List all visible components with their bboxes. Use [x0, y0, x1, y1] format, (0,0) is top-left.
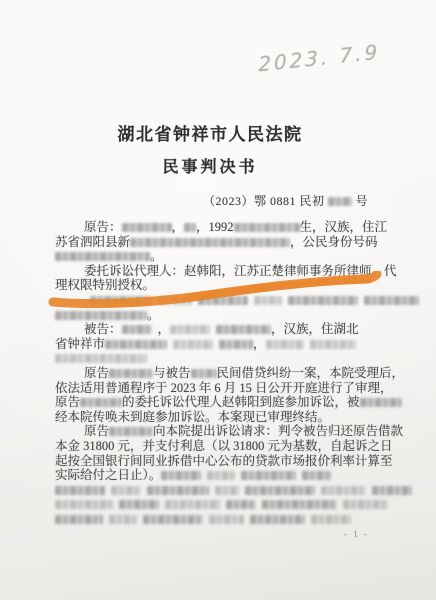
case-number-prefix: （2023）鄂 0881 民初: [203, 194, 325, 208]
redacted-text: [364, 296, 419, 305]
redacted-plaintiff-name: [109, 369, 153, 378]
redacted-text: [310, 340, 356, 349]
document-title: 民事判决书: [0, 154, 420, 177]
redacted-defendant-name: [191, 369, 217, 378]
redacted-text: [245, 486, 315, 495]
redacted-line: [55, 483, 423, 498]
redacted-text: [266, 340, 304, 349]
case-number: （2023）鄂 0881 民初 号: [203, 192, 368, 209]
redacted-text: [119, 500, 159, 509]
redacted-text: [241, 471, 296, 480]
redacted-text: [158, 296, 192, 305]
redacted-plaintiff-name: [122, 223, 172, 232]
redacted-defendant-name: [122, 325, 152, 334]
agent-line-2: 理权限特别授权。: [55, 278, 423, 293]
redacted-text: [288, 296, 358, 305]
redacted-text: [55, 311, 147, 320]
redacted-text: [343, 500, 388, 509]
trial-line-4: 经本院传唤未到庭参加诉讼。本案现已审理终结。: [55, 410, 423, 425]
redacted-text: [143, 515, 203, 524]
claim-line-2: 本金 31800 元，并支付利息（以 31800 元为基数，自起诉之日: [55, 439, 423, 454]
redacted-text: [173, 340, 213, 349]
redacted-text: [109, 515, 137, 524]
redacted-text: [184, 223, 196, 232]
claim-line-1: 原告向本院提出诉讼请求：判令被告归还原告借款: [55, 424, 423, 439]
redacted-text: [250, 515, 305, 524]
redacted-line: [55, 512, 423, 527]
trial-line-1: 原告与被告民间借贷纠纷一案，本院受理后，: [55, 366, 423, 381]
plaintiff-line-3: 。: [55, 249, 423, 264]
trial-line-3: 原告的委托诉讼代理人赵韩阳到庭参加诉讼，被: [55, 395, 423, 410]
redacted-text: [302, 471, 332, 480]
redacted-text: [55, 354, 147, 363]
redacted-defendant-name: [360, 398, 402, 407]
document-body: 原告：，，1992生，汉族，住江 苏省泗阳县新，公民身份号码 。 委托诉讼代理人…: [55, 220, 423, 526]
plaintiff-label: 原告：: [84, 220, 122, 234]
redacted-text: [55, 500, 113, 509]
redacted-address: [130, 238, 290, 247]
redacted-text: [165, 500, 220, 509]
trial-line-2: 依法适用普通程序于 2023 年 6 月 15 日公开开庭进行了审理，: [55, 381, 423, 396]
redacted-line: [55, 293, 423, 308]
plaintiff-line-1: 原告：，，1992生，汉族，住江: [55, 220, 423, 235]
redacted-text: [111, 486, 141, 495]
redacted-text: [226, 500, 256, 509]
redacted-text: [198, 296, 248, 305]
defendant-label: 被告：: [84, 322, 122, 336]
redacted-text: [55, 486, 105, 495]
redacted-address: [105, 340, 167, 349]
claim-line-3: 起按全国银行间同业拆借中心公布的贷款市场报价利率计算至: [55, 454, 423, 469]
redacted-text: [170, 325, 210, 334]
redacted-line: [55, 497, 423, 512]
defendant-line-2: 省钟祥市，: [55, 337, 423, 352]
document-page: 2023. 7.9 湖北省钟祥市人民法院 民事判决书 （2023）鄂 0881 …: [0, 0, 436, 600]
redacted-plaintiff-name: [80, 398, 122, 407]
redacted-text: [321, 486, 366, 495]
defendant-line-1: 被告：，，汉族，住湖北: [55, 322, 423, 337]
redacted-text: [372, 486, 412, 495]
redacted-text: [262, 500, 337, 509]
redacted-text: [254, 296, 282, 305]
redacted-text: [207, 471, 235, 480]
redacted-text: [147, 486, 209, 495]
claim-line-4: 实际给付之日止）。: [55, 468, 423, 483]
redacted-text: [161, 471, 201, 480]
redacted-text: [311, 515, 351, 524]
page-number: - 1 -: [344, 529, 369, 539]
defendant-line-3: [55, 351, 423, 366]
redacted-line: 。: [55, 308, 423, 323]
court-name: 湖北省钟祥市人民法院: [0, 120, 420, 145]
redacted-plaintiff-name: [109, 427, 153, 436]
agent-line-1: 委托诉讼代理人：赵韩阳，江苏正楚律师事务所律师，代: [55, 264, 423, 279]
redacted-text: [55, 515, 103, 524]
redacted-case-number: [328, 197, 352, 206]
redacted-text: [90, 296, 152, 305]
redacted-id-number: [55, 252, 150, 261]
case-number-suffix: 号: [356, 194, 369, 208]
redacted-text: [215, 486, 239, 495]
redacted-text: [216, 325, 271, 334]
handwritten-date: 2023. 7.9: [258, 40, 380, 77]
redacted-birthdate: [234, 223, 300, 232]
redacted-text: [209, 515, 244, 524]
redacted-text: [219, 340, 253, 349]
plaintiff-line-2: 苏省泗阳县新，公民身份号码: [55, 235, 423, 250]
